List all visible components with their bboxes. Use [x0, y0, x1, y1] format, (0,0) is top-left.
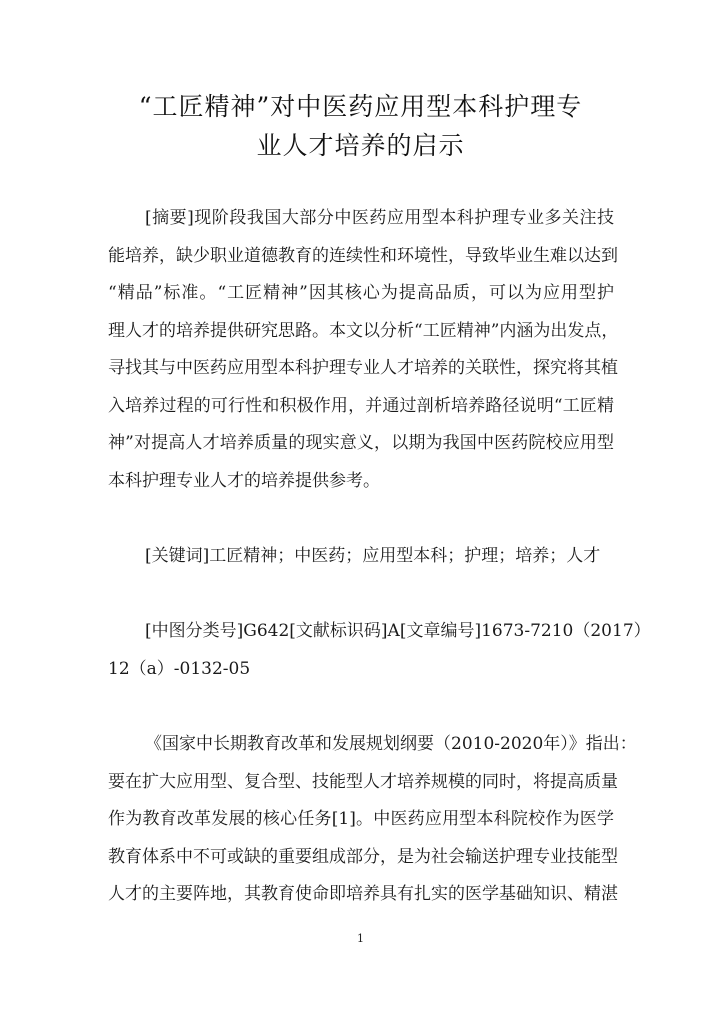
- abstract-line: 入培养过程的可行性和积极作用，并通过剖析培养路径说明“工匠精: [108, 395, 614, 417]
- document-title-line-2: 业人才培养的启示: [0, 131, 721, 161]
- page-number: 1: [0, 932, 721, 945]
- abstract-line: 本科护理专业人才的培养提供参考。: [108, 470, 614, 492]
- classification-line: 12（a）-0132-05: [108, 658, 614, 680]
- body-line: 要在扩大应用型、复合型、技能型人才培养规模的同时，将提高质量: [108, 771, 614, 793]
- classification-line: [中图分类号]G642[文献标识码]A[文章编号]1673-7210（2017）: [145, 620, 614, 642]
- abstract-line: 理人才的培养提供研究思路。本文以分析“工匠精神”内涵为出发点，: [108, 320, 614, 342]
- body-line: 《国家中长期教育改革和发展规划纲要（2010-2020年）》指出：: [145, 733, 614, 755]
- document-title-line-1: “工匠精神”对中医药应用型本科护理专: [0, 92, 721, 122]
- abstract-line: “精品”标准。“工匠精神”因其核心为提高品质，可以为应用型护: [108, 282, 614, 304]
- abstract-line: [摘要]现阶段我国大部分中医药应用型本科护理专业多关注技: [145, 207, 614, 229]
- body-line: 教育体系中不可或缺的重要组成部分，是为社会输送护理专业技能型: [108, 846, 614, 868]
- abstract-line: 神”对提高人才培养质量的现实意义，以期为我国中医药院校应用型: [108, 432, 614, 454]
- abstract-line: 能培养，缺少职业道德教育的连续性和环境性，导致毕业生难以达到: [108, 245, 614, 267]
- body-line: 作为教育改革发展的核心任务[1]。中医药应用型本科院校作为医学: [108, 808, 614, 830]
- abstract-line: 寻找其与中医药应用型本科护理专业人才培养的关联性，探究将其植: [108, 357, 614, 379]
- document-page: “工匠精神”对中医药应用型本科护理专 业人才培养的启示 [摘要]现阶段我国大部分…: [0, 0, 721, 1020]
- body-line: 人才的主要阵地，其教育使命即培养具有扎实的医学基础知识、精湛: [108, 883, 614, 905]
- keywords-line: [关键词]工匠精神；中医药；应用型本科；护理；培养；人才: [145, 545, 614, 567]
